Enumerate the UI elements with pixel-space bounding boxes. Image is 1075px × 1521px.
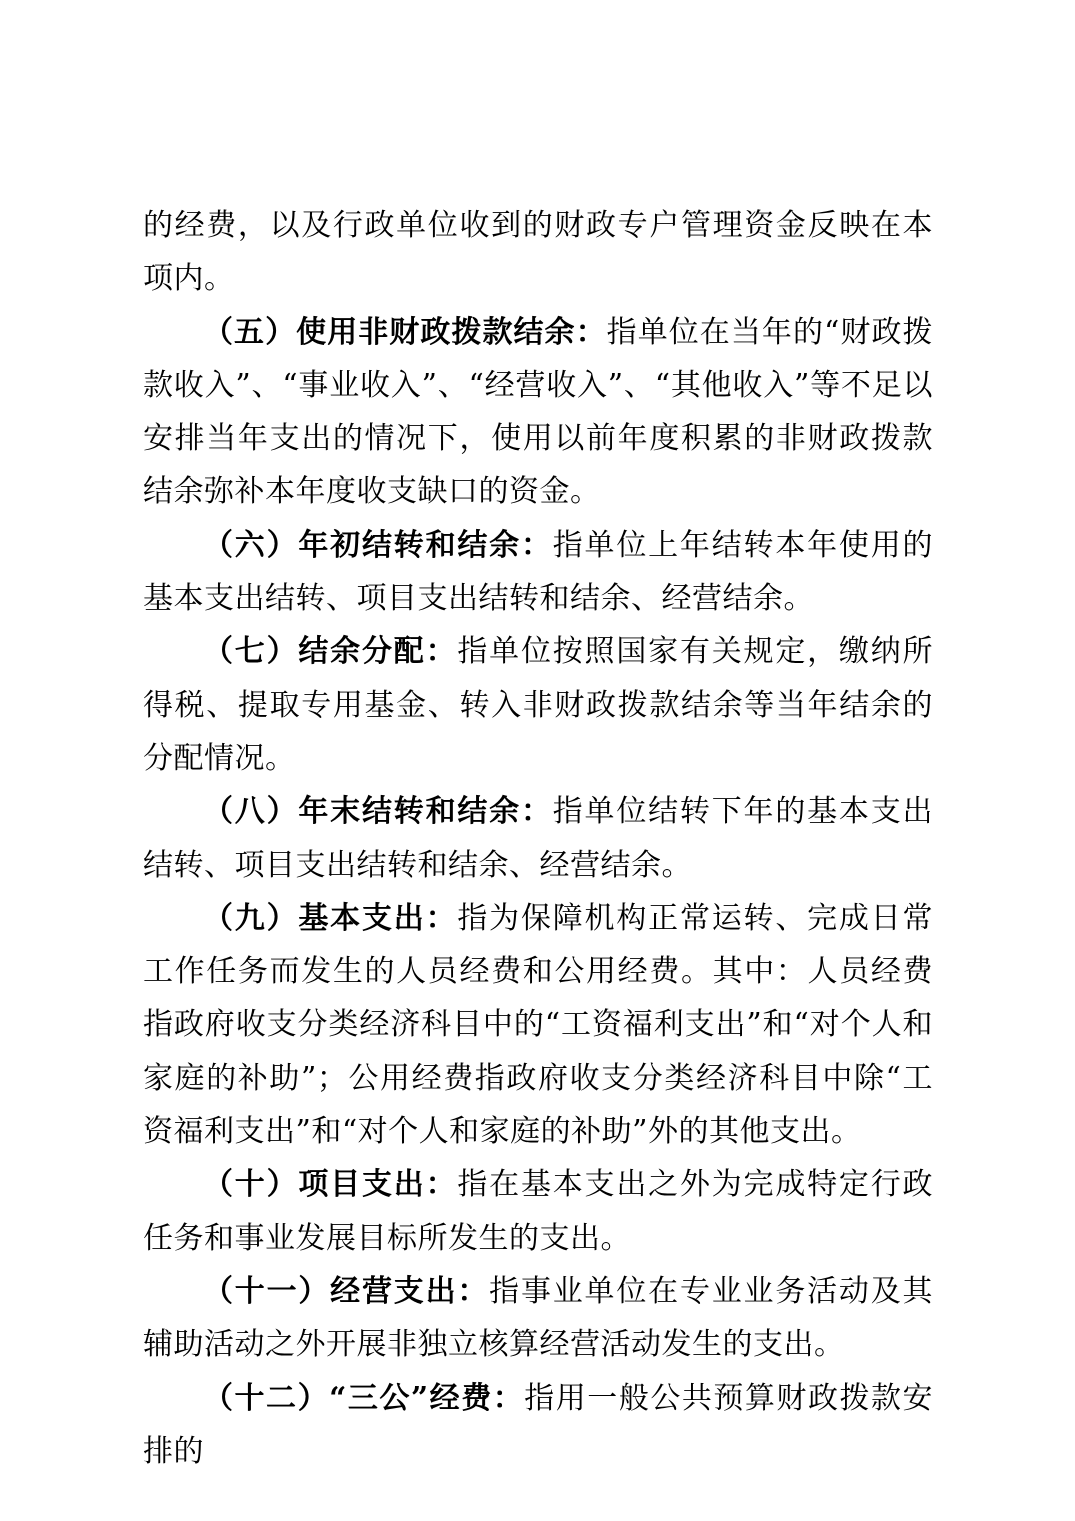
paragraph-heading: （十一）经营支出： (203, 1274, 489, 1309)
paragraph-heading: （五）使用非财政拨款结余： (203, 315, 607, 350)
paragraph: 的经费，以及行政单位收到的财政专户管理资金反映在本项内。 (143, 199, 933, 306)
paragraph-heading: （七）结余分配： (203, 634, 457, 669)
paragraph-heading: （九）基本支出： (203, 901, 457, 936)
paragraph-text: 的经费，以及行政单位收到的财政专户管理资金反映在本项内。 (143, 208, 933, 296)
paragraph-heading: （八）年末结转和结余： (203, 794, 553, 829)
paragraph: （六）年初结转和结余：指单位上年结转本年使用的基本支出结转、项目支出结转和结余、… (143, 519, 933, 626)
paragraph: （十）项目支出：指在基本支出之外为完成特定行政任务和事业发展目标所发生的支出。 (143, 1158, 933, 1265)
document-page: 的经费，以及行政单位收到的财政专户管理资金反映在本项内。 （五）使用非财政拨款结… (0, 0, 1075, 1521)
paragraph-heading: （十）项目支出： (203, 1167, 457, 1202)
paragraph: （十二）“三公”经费：指用一般公共预算财政拨款安排的 (143, 1372, 933, 1479)
paragraph-text: 指为保障机构正常运转、完成日常工作任务而发生的人员经费和公用经费。其中：人员经费… (143, 901, 933, 1149)
paragraph: （八）年末结转和结余：指单位结转下年的基本支出结转、项目支出结转和结余、经营结余… (143, 785, 933, 892)
paragraph: （五）使用非财政拨款结余：指单位在当年的“财政拨款收入”、“事业收入”、“经营收… (143, 306, 933, 519)
paragraph-heading: （六）年初结转和结余： (203, 528, 553, 563)
paragraph-heading: （十二）“三公”经费： (203, 1381, 524, 1416)
paragraph: （九）基本支出：指为保障机构正常运转、完成日常工作任务而发生的人员经费和公用经费… (143, 892, 933, 1158)
document-body: 的经费，以及行政单位收到的财政专户管理资金反映在本项内。 （五）使用非财政拨款结… (143, 199, 933, 1478)
paragraph: （七）结余分配：指单位按照国家有关规定，缴纳所得税、提取专用基金、转入非财政拨款… (143, 625, 933, 785)
paragraph: （十一）经营支出：指事业单位在专业业务活动及其辅助活动之外开展非独立核算经营活动… (143, 1265, 933, 1372)
